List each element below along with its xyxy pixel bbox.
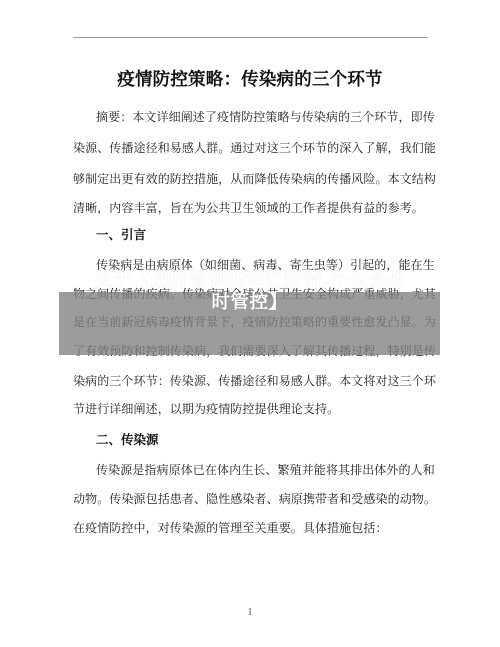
caption-title-line-1: 关于【战时管制的地区疫情,什么是战: [59, 270, 440, 292]
abstract-line: 够制定出更有效的防控措施，从而降低传染病的传播风险。本文结构: [73, 171, 433, 187]
page-number: 1: [0, 607, 500, 618]
paragraph-line: 节进行详细阐述，以期为疫情防控提供理论支持。: [73, 401, 433, 417]
abstract-line: 染源、传播途径和易感人群。通过对这三个环节的深入了解，我们能: [73, 140, 433, 156]
paragraph-line: 在疫情防控中，对传染源的管理至关重要。具体措施包括：: [73, 520, 433, 536]
paragraph-line: 传染源是指病原体已在体内生长、繁殖并能将其排出体外的人和: [96, 462, 456, 478]
caption-title-line-2: 时管控】: [59, 292, 440, 314]
caption-overlay-title: 关于【战时管制的地区疫情,什么是战 时管控】: [59, 270, 440, 314]
document-title: 疫情防控策略：传染病的三个环节: [0, 66, 500, 91]
header-rule: [73, 37, 428, 38]
section-heading-infection-source: 二、传染源: [96, 432, 159, 448]
paragraph-line: 染病的三个环节：传染源、传播途径和易感人群。本文将对这三个环: [73, 373, 433, 389]
abstract-line: 摘要：本文详细阐述了疫情防控策略与传染病的三个环节，即传: [96, 109, 456, 125]
section-heading-introduction: 一、引言: [96, 227, 146, 243]
paragraph-line: 动物。传染源包括患者、隐性感染者、病原携带者和受感染的动物。: [73, 491, 433, 507]
abstract-line: 清晰，内容丰富，旨在为公共卫生领域的工作者提供有益的参考。: [73, 200, 433, 216]
